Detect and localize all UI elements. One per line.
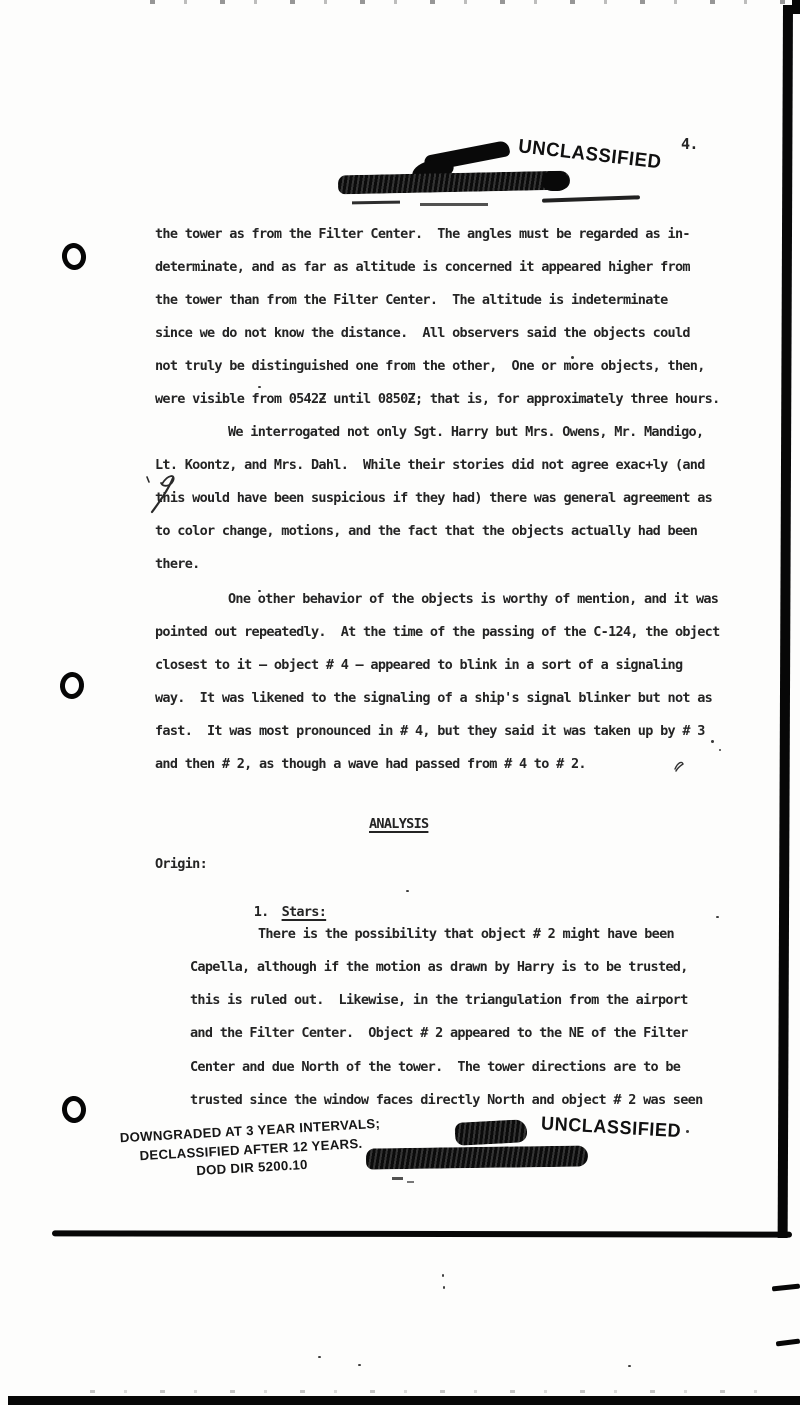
scan-speck (716, 916, 719, 918)
body-text-line: were visible from 0542Ƶ until 0850Ƶ; tha… (155, 392, 720, 407)
body-text-line: and then # 2, as though a wave had passe… (155, 757, 586, 772)
scan-right-tick-2 (776, 1339, 800, 1347)
scan-right-tick-1 (772, 1284, 800, 1292)
list-item-number: 1. (254, 904, 269, 920)
scan-noise-above-bottom-strip (90, 1390, 770, 1393)
scan-speck (318, 1356, 321, 1358)
body-text-line: the tower than from the Filter Center. T… (155, 293, 668, 308)
scan-edge-bottom-of-page (52, 1230, 792, 1237)
scan-speck (406, 890, 409, 892)
scanned-document-page: UNCLASSIFIED 4. the tower as from the Fi… (0, 0, 800, 1405)
analysis-text-line: There is the possibility that object # 2… (258, 927, 674, 942)
unclassified-stamp-top: UNCLASSIFIED (517, 134, 663, 173)
analysis-text-line: Capella, although if the motion as drawn… (190, 960, 688, 975)
body-text-line: to color change, motions, and the fact t… (155, 524, 697, 539)
body-text-line: One other behavior of the objects is wor… (228, 592, 718, 607)
scan-speck (571, 356, 574, 359)
hole-punch-bottom (61, 1095, 87, 1124)
handwritten-mark-icon (672, 757, 686, 773)
body-text-line: not truly be distinguished one from the … (155, 359, 705, 374)
body-text-line: there. (155, 557, 200, 572)
scan-speck (443, 1286, 445, 1289)
origin-label: Origin: (155, 857, 207, 872)
analysis-text-line: and the Filter Center. Object # 2 appear… (190, 1026, 688, 1041)
body-text-line: since we do not know the distance. All o… (155, 326, 690, 341)
scan-speck (258, 590, 261, 592)
body-text-line: We interrogated not only Sgt. Harry but … (228, 425, 703, 440)
scan-noise-top (150, 0, 800, 4)
body-text-line: determinate, and as far as altitude is c… (155, 260, 690, 275)
scan-speck (358, 1364, 361, 1366)
scan-edge-right (778, 5, 793, 1238)
hole-punch-top (60, 241, 88, 271)
scan-speck (686, 1130, 689, 1133)
body-text-line: this would have been suspicious if they … (155, 491, 712, 506)
scan-bottom-strip (8, 1396, 800, 1405)
page-number: 4. (681, 137, 698, 152)
body-text-line: closest to it — object # 4 — appeared to… (155, 658, 682, 673)
list-item-title: Stars: (282, 904, 327, 920)
body-text-line: fast. It was most pronounced in # 4, but… (155, 724, 705, 739)
handwritten-scribble-icon (142, 466, 188, 516)
scan-speck (258, 386, 261, 388)
body-text-line: Lt. Koontz, and Mrs. Dahl. While their s… (155, 458, 705, 473)
analysis-heading: ANALYSIS (369, 817, 428, 832)
body-text-line: way. It was likened to the signaling of … (155, 691, 712, 706)
analysis-text-line: trusted since the window faces directly … (190, 1093, 703, 1108)
body-text-line: pointed out repeatedly. At the time of t… (155, 625, 720, 640)
scan-corner-top-right (792, 0, 800, 14)
declassification-stamp: DOWNGRADED AT 3 YEAR INTERVALS; DECLASSI… (102, 1114, 401, 1186)
scan-speck (442, 1274, 444, 1277)
unclassified-stamp-bottom: UNCLASSIFIED (540, 1113, 681, 1143)
body-text-line: the tower as from the Filter Center. The… (155, 227, 690, 242)
scan-speck (719, 749, 721, 751)
scan-speck (628, 1365, 631, 1367)
scan-speck (711, 740, 714, 743)
analysis-text-line: Center and due North of the tower. The t… (190, 1060, 680, 1075)
hole-punch-middle (59, 671, 86, 700)
analysis-text-line: this is ruled out. Likewise, in the tria… (190, 993, 688, 1008)
